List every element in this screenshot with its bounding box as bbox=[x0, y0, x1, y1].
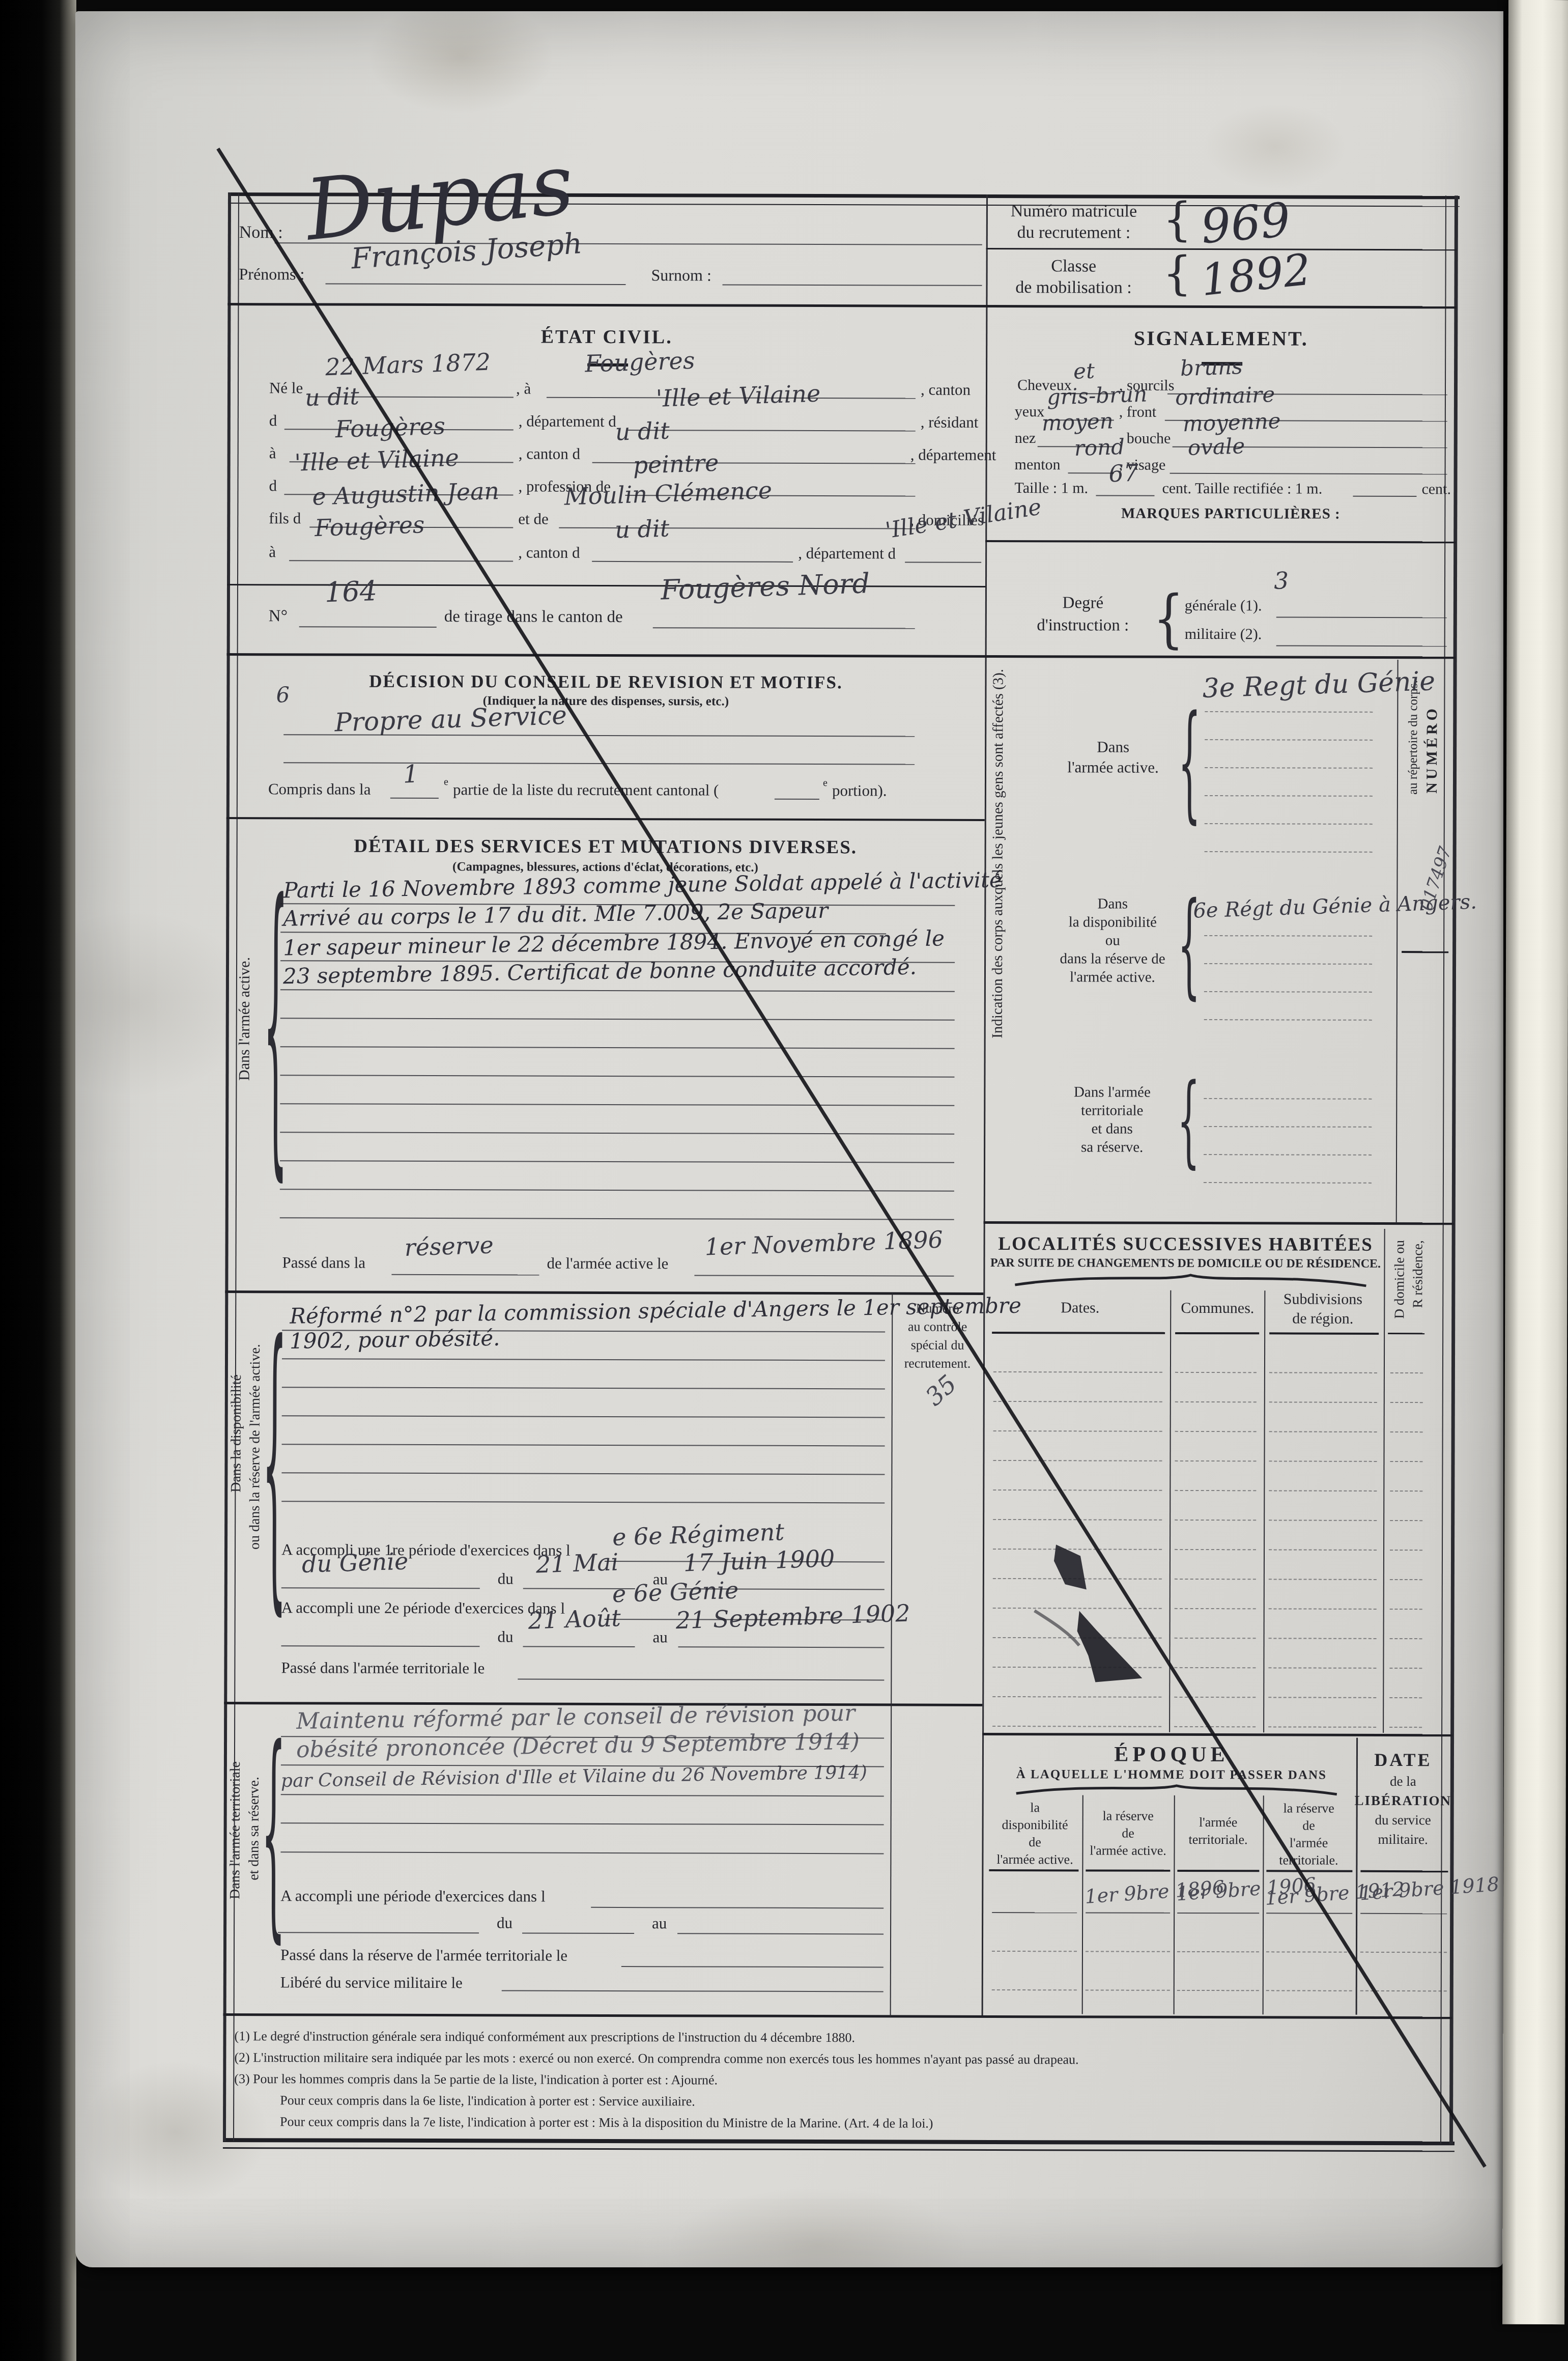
ink-blot bbox=[1054, 1544, 1087, 1589]
matricule-form: Nom : Dupas Prénoms : François Joseph Su… bbox=[0, 0, 1568, 2361]
scanned-register-page: Nom : Dupas Prénoms : François Joseph Su… bbox=[0, 0, 1568, 2361]
cancellation-stroke bbox=[0, 0, 1568, 2361]
ink-blot bbox=[1077, 1611, 1142, 1682]
